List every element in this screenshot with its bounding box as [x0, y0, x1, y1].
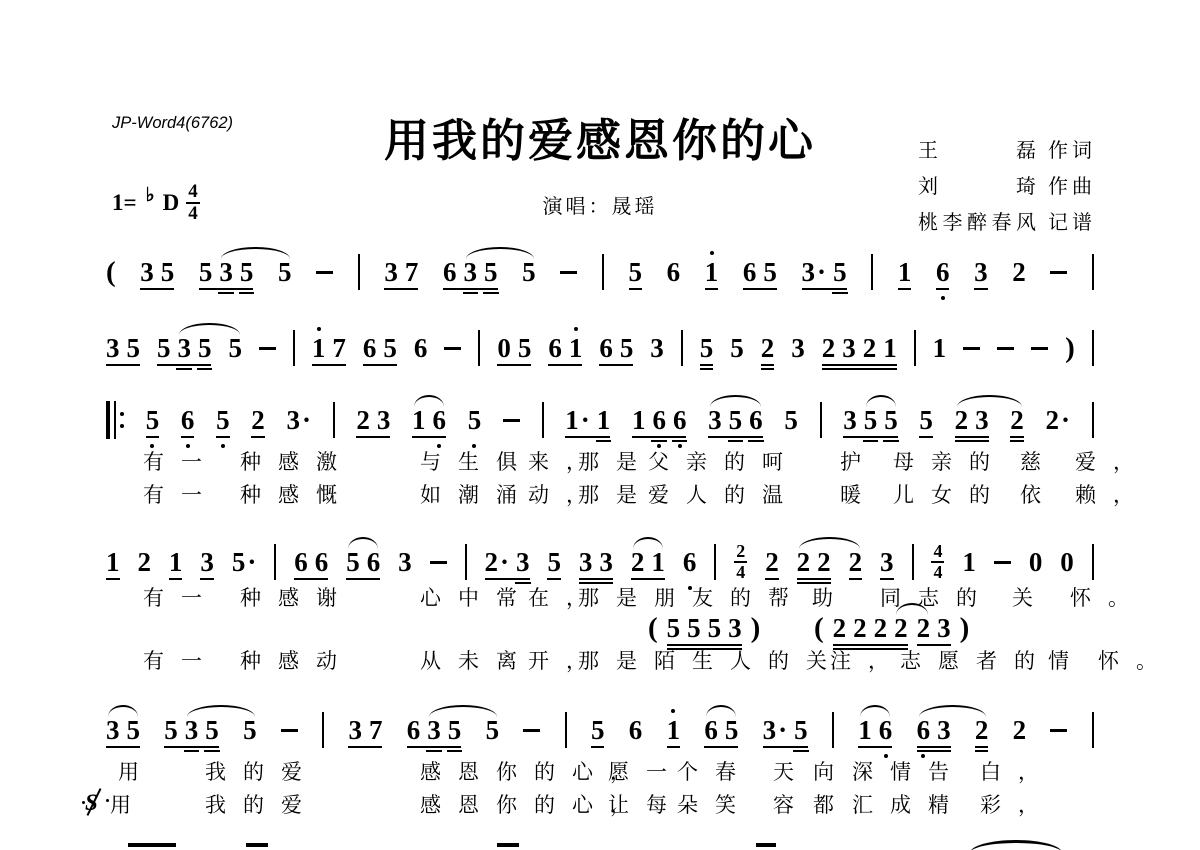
note-digit: 3: [842, 333, 856, 363]
note-digit: 2: [975, 715, 989, 745]
note-digit: 6: [363, 333, 377, 363]
slur-arc: [957, 395, 1022, 407]
note-digit: 2: [761, 333, 775, 363]
note: 6: [749, 406, 763, 434]
note-digit: 3: [599, 547, 613, 577]
extra-beam: [832, 292, 848, 294]
credit-line: 刘琦作曲: [918, 170, 1096, 199]
note: 2: [356, 406, 370, 434]
note: 2: [917, 614, 931, 642]
note-digit: 6: [749, 405, 763, 435]
lyric-segment: 那是: [578, 479, 654, 509]
note: 2: [817, 548, 831, 576]
barline: [293, 330, 295, 366]
cutoff-next-line: [756, 843, 776, 847]
note-group: 37: [348, 716, 382, 744]
note-group: 05: [497, 334, 531, 362]
note-digit: 1: [565, 405, 579, 435]
note-digit: 5: [687, 613, 701, 643]
note-group: 66: [294, 548, 328, 576]
beam-line: [843, 436, 898, 438]
lyric-segment: 种感激: [240, 446, 354, 476]
note-digit: 2: [833, 613, 847, 643]
slur-arc: [710, 395, 761, 407]
note-digit: 5: [884, 405, 898, 435]
beam-line: [199, 288, 254, 290]
note: 1: [169, 548, 183, 576]
key-signature: 1=♭D 4 4: [112, 182, 200, 224]
extra-beam: [176, 368, 192, 370]
note-group: 3·5: [763, 716, 808, 744]
extra-beam: [793, 750, 809, 752]
note-group: 65: [743, 258, 777, 286]
note: 3·: [763, 716, 788, 744]
beam-line-2: [1010, 440, 1024, 442]
note-digit: 3: [880, 547, 894, 577]
note: 2: [251, 406, 265, 434]
segno-dot: [82, 801, 85, 804]
dash-note: [444, 347, 461, 350]
beam-line: [216, 436, 230, 438]
note: 2·: [485, 548, 510, 576]
note: 6: [407, 716, 421, 744]
note: 2: [975, 716, 989, 744]
note: 5: [687, 614, 701, 642]
note: 1: [705, 258, 719, 286]
lyric-segment: 志愿者的: [900, 645, 1052, 675]
extra-beam: [204, 750, 220, 752]
lyric-segment: 天: [773, 756, 811, 786]
note-group: 1: [106, 548, 120, 576]
beam-line: [955, 436, 989, 438]
lyric-segment: 朵笑: [677, 789, 753, 819]
note: 2: [1013, 716, 1027, 744]
note: 6: [599, 334, 613, 362]
lyric-segment: 爱人的温: [648, 479, 800, 509]
note-digit: 5: [591, 715, 605, 745]
lyric-segment: 都: [813, 789, 851, 819]
paren: ): [1065, 333, 1075, 363]
note: 2: [765, 548, 779, 576]
beam-line: [919, 436, 933, 438]
cutoff-next-line: [970, 840, 1062, 850]
note-digit: 3: [200, 547, 214, 577]
note-digit: 5: [708, 613, 722, 643]
note-digit: 1: [705, 257, 719, 287]
barline: [1092, 544, 1094, 580]
credit-name-char: 李: [943, 206, 963, 235]
credit-role: 作曲: [1048, 170, 1096, 199]
augmentation-dot: ·: [247, 547, 256, 577]
beam-line: [917, 746, 951, 748]
note-digit: 3: [708, 405, 722, 435]
note-group: 2: [765, 548, 779, 576]
note: 0: [1029, 548, 1043, 576]
note: 6: [917, 716, 931, 744]
beam-line: [579, 578, 613, 580]
note-group: 6: [181, 406, 195, 434]
notation-line-1: (355355376355561653·51632: [106, 240, 1094, 292]
credit-name-char: 春: [992, 206, 1012, 235]
notation-line-4: 12135·665632·3533216242222344100: [106, 530, 1094, 582]
lyric-segment: 种感谢: [240, 582, 354, 612]
note-digit: 2: [765, 547, 779, 577]
note: 5: [620, 334, 634, 362]
note-group: 3: [650, 334, 664, 362]
repeat-sign: [106, 401, 124, 439]
lyric-segment: 从未离: [420, 645, 534, 675]
note: 6: [414, 334, 428, 362]
lyric-segment: 关: [1012, 582, 1050, 612]
note-digit: 6: [652, 405, 666, 435]
note-group: 1: [933, 334, 947, 362]
note-digit: 5: [199, 257, 213, 287]
note: 0: [497, 334, 511, 362]
note-digit: 5: [522, 257, 536, 287]
note-digit: 2: [1045, 405, 1059, 435]
note-group: 5: [919, 406, 933, 434]
note-group: 5: [629, 258, 643, 286]
lyric-segment: 那是: [578, 446, 654, 476]
note-digit: 3: [464, 257, 478, 287]
note-digit: 2: [955, 405, 969, 435]
note-digit: 1: [597, 405, 611, 435]
beam-line: [200, 578, 214, 580]
credit-name-char: 醉: [967, 206, 987, 235]
beam-line: [169, 578, 183, 580]
note: 5: [725, 716, 739, 744]
beam-line: [761, 364, 775, 366]
notation-line-3: 56523·231651·1166356535552322·: [106, 388, 1094, 440]
note: 3: [377, 406, 391, 434]
paren: ): [751, 613, 761, 643]
note-digit: 7: [405, 257, 419, 287]
note-digit: 2: [1010, 405, 1024, 435]
barline: [1092, 712, 1094, 748]
note-group: 5: [228, 334, 242, 362]
beam-line: [548, 364, 582, 366]
note-digit: 1: [632, 405, 646, 435]
note: 2: [797, 548, 811, 576]
note-digit: 3: [937, 715, 951, 745]
note-group: 535: [164, 716, 219, 744]
dash-note: [430, 561, 447, 564]
note-digit: 5: [620, 333, 634, 363]
note-group: 3: [791, 334, 805, 362]
note: 5: [198, 334, 212, 362]
note-digit: 2: [797, 547, 811, 577]
note-group: 3·: [286, 406, 311, 434]
note: 3: [516, 548, 530, 576]
time-beat-unit: 4: [188, 204, 198, 224]
note: 6: [443, 258, 457, 286]
note-digit: 5: [157, 333, 171, 363]
extra-beam: [596, 440, 612, 442]
note-digit: 5: [794, 715, 808, 745]
note-group: 33: [579, 548, 613, 576]
lyric-segment: 暖: [840, 479, 878, 509]
note-digit: 2: [894, 613, 908, 643]
note-digit: 5: [518, 333, 532, 363]
note: 5: [346, 548, 360, 576]
extra-beam: [426, 750, 442, 752]
note-digit: 5: [448, 715, 462, 745]
interlude-notation: (5553): [648, 600, 760, 646]
note-digit: 3: [975, 405, 989, 435]
note: 5: [278, 258, 292, 286]
augmentation-dot: ·: [500, 547, 509, 577]
note: 1: [412, 406, 426, 434]
time-signature: 24: [734, 542, 747, 582]
barline: [820, 402, 822, 438]
interlude-notation: (222223): [814, 600, 969, 646]
credit-name: 王磊: [918, 134, 1036, 163]
note: 6: [879, 716, 893, 744]
extra-beam: [239, 292, 255, 294]
note-digit: 6: [879, 715, 893, 745]
note: 5: [884, 406, 898, 434]
note-group: 5: [216, 406, 230, 434]
barline: [714, 544, 716, 580]
note-digit: 5: [547, 547, 561, 577]
lyric-segment: 让每: [608, 789, 684, 819]
note: 5: [522, 258, 536, 286]
note-digit: 6: [443, 257, 457, 287]
note-group: 2: [251, 406, 265, 434]
note-group: 22: [797, 548, 831, 576]
slur-arc: [187, 705, 255, 717]
dash-note: [994, 561, 1011, 564]
note: 2: [631, 548, 645, 576]
time-beats: 2: [734, 542, 747, 563]
note-group: 3: [398, 548, 412, 576]
note: 5: [243, 716, 257, 744]
note-digit: 5: [667, 613, 681, 643]
cutoff-next-line: [497, 843, 519, 847]
note: 3: [843, 406, 857, 434]
credit-line: 王磊作词: [918, 134, 1096, 163]
note: 2: [1010, 406, 1024, 434]
note: 6: [294, 548, 308, 576]
note: 5: [629, 258, 643, 286]
note-digit: 5: [205, 715, 219, 745]
beam-line: [802, 288, 847, 290]
note: 3: [842, 334, 856, 362]
time-beats: 4: [931, 542, 944, 563]
cutoff-next-line: [128, 843, 176, 847]
note: 3: [728, 614, 742, 642]
note-group: 3: [880, 548, 894, 576]
lyric-segment: 个春: [677, 756, 753, 786]
note: 3: [880, 548, 894, 576]
note-digit: 2: [863, 333, 877, 363]
note-group: 3·5: [802, 258, 847, 286]
note-group: 65: [363, 334, 397, 362]
key-prefix: 1=: [112, 190, 137, 216]
notation-line-5: 355355376355561653·5166322: [106, 698, 1094, 750]
beam-line: [880, 578, 894, 580]
beam-line: [363, 364, 397, 366]
augmentation-dot: ·: [302, 405, 311, 435]
note-digit: 2: [849, 547, 863, 577]
note-digit: 5: [198, 333, 212, 363]
beam-line: [591, 746, 605, 748]
note-digit: 2: [822, 333, 836, 363]
beam-line: [547, 578, 561, 580]
repeat-thick-bar: [106, 401, 110, 439]
augmentation-dot: ·: [778, 715, 787, 745]
note-group: 166: [632, 406, 687, 434]
beam-line: [164, 746, 219, 748]
note-digit: 3: [286, 405, 300, 435]
note-digit: 6: [917, 715, 931, 745]
note-group: 1: [667, 716, 681, 744]
lyric-segment: 告: [928, 756, 966, 786]
beam-line: [412, 436, 446, 438]
note-digit: 1: [312, 333, 326, 363]
barline: [914, 330, 916, 366]
note-digit: 2: [917, 613, 931, 643]
note-group: 2: [975, 716, 989, 744]
note-group: 2: [1010, 406, 1024, 434]
note-group: 5553: [667, 614, 742, 642]
note-group: 2: [849, 548, 863, 576]
note-digit: 5: [243, 715, 257, 745]
cutoff-next-line: [246, 843, 268, 847]
lyric-segment: 慈: [1020, 446, 1058, 476]
lyric-segment: 精: [928, 789, 966, 819]
note-digit: 3: [427, 715, 441, 745]
extra-beam: [218, 292, 234, 294]
lyric-segment: 我的爱: [205, 789, 319, 819]
note: 5: [833, 258, 847, 286]
note-group: 56: [346, 548, 380, 576]
note-digit: 5: [228, 333, 242, 363]
note-digit: 1: [651, 547, 665, 577]
note: 2: [863, 334, 877, 362]
note-digit: 3: [106, 715, 120, 745]
note-digit: 5: [784, 405, 798, 435]
note: 5: [667, 614, 681, 642]
note-group: 5: [522, 258, 536, 286]
note-digit: 1: [169, 547, 183, 577]
beam-line: [157, 364, 212, 366]
lyric-segment: 有一: [143, 479, 219, 509]
beam-line: [631, 578, 665, 580]
note: 6: [673, 406, 687, 434]
credit-name-char: 磊: [1016, 134, 1036, 163]
credit-name-char: 刘: [918, 170, 938, 199]
note: 3: [937, 716, 951, 744]
note-group: 5: [486, 716, 500, 744]
note-group: 35: [106, 716, 140, 744]
note-group: 5: [547, 548, 561, 576]
note: 5: [708, 614, 722, 642]
beam-line: [146, 436, 160, 438]
note: 5: [205, 716, 219, 744]
segno-icon: S: [85, 790, 105, 816]
note: 5: [164, 716, 178, 744]
slur-arc: [896, 603, 928, 615]
note: 5: [729, 406, 743, 434]
note-group: 23: [955, 406, 989, 434]
note-digit: 1: [858, 715, 872, 745]
note: 2: [853, 614, 867, 642]
credit-name: 刘琦: [918, 170, 1036, 199]
note-digit: 6: [683, 547, 697, 577]
beam-line: [849, 578, 863, 580]
beam-line: [106, 578, 120, 580]
beam-line: [629, 288, 643, 290]
barline: [681, 330, 683, 366]
lyric-segment: 种感慨: [240, 479, 354, 509]
lyric-segment: 深情: [852, 756, 928, 786]
note: 1: [667, 716, 681, 744]
note: 3: [106, 716, 120, 744]
note-group: 35: [140, 258, 174, 286]
beam-line: [705, 288, 719, 290]
barline: [1092, 254, 1094, 290]
note-digit: 5: [486, 715, 500, 745]
barline: [1092, 330, 1094, 366]
beam-line: [667, 644, 742, 646]
note-digit: 0: [497, 333, 511, 363]
barline: [1092, 402, 1094, 438]
note-digit: 3: [650, 333, 664, 363]
note: 5: [484, 258, 498, 286]
note: 3: [348, 716, 362, 744]
beam-line: [294, 578, 328, 580]
barline: [333, 402, 335, 438]
note: 6: [936, 258, 950, 286]
note-group: 5: [784, 406, 798, 434]
note: 6: [433, 406, 447, 434]
note-digit: 2: [874, 613, 888, 643]
beam-line: [384, 288, 418, 290]
note: 5: [700, 334, 714, 362]
note-group: 6: [936, 258, 950, 286]
credit-name-char: 王: [918, 134, 938, 163]
note-digit: 1: [412, 405, 426, 435]
beam-line: [704, 746, 738, 748]
rd: [120, 412, 124, 416]
beam-line: [485, 578, 530, 580]
note-group: 5: [730, 334, 744, 362]
beam-line: [251, 436, 265, 438]
note-group: 2222: [833, 614, 908, 642]
note-group: 535: [157, 334, 212, 362]
note-digit: 5: [240, 257, 254, 287]
note: 6: [743, 258, 757, 286]
note-group: 5: [468, 406, 482, 434]
note-group: 2: [137, 548, 151, 576]
note: 5: [157, 334, 171, 362]
note: 5: [161, 258, 175, 286]
note: 5: [468, 406, 482, 434]
note-group: 2321: [822, 334, 897, 362]
note: 3: [384, 258, 398, 286]
flat-icon: ♭: [146, 184, 155, 207]
note-digit: 6: [181, 405, 195, 435]
note: 5: [146, 406, 160, 434]
note-digit: 1: [883, 333, 897, 363]
note-digit: 1: [106, 547, 120, 577]
note-group: 63: [917, 716, 951, 744]
note-group: 61: [548, 334, 582, 362]
extra-beam: [651, 440, 667, 442]
note-group: 5: [278, 258, 292, 286]
dash-note: [1050, 271, 1067, 274]
